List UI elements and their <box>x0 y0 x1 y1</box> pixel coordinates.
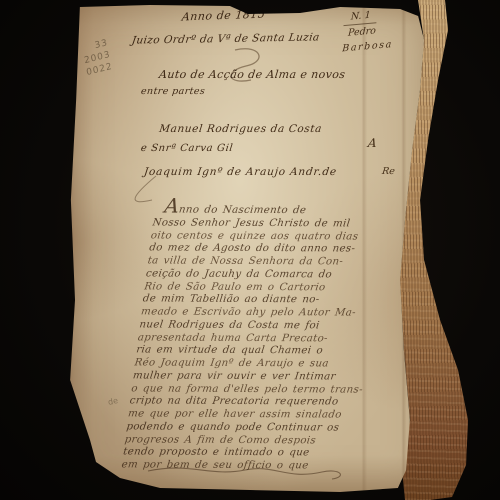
ink-flourishes <box>60 0 435 500</box>
closing-rubric-flourish <box>148 468 340 479</box>
manuscript-page: Anno de 1815 N. 1PedroBarbosa Juizo Ordr… <box>60 0 435 500</box>
court-line-flourish <box>231 49 259 81</box>
photographed-manuscript: Anno de 1815 N. 1PedroBarbosa Juizo Ordr… <box>0 0 500 500</box>
defendant-descender-flourish <box>135 176 156 202</box>
